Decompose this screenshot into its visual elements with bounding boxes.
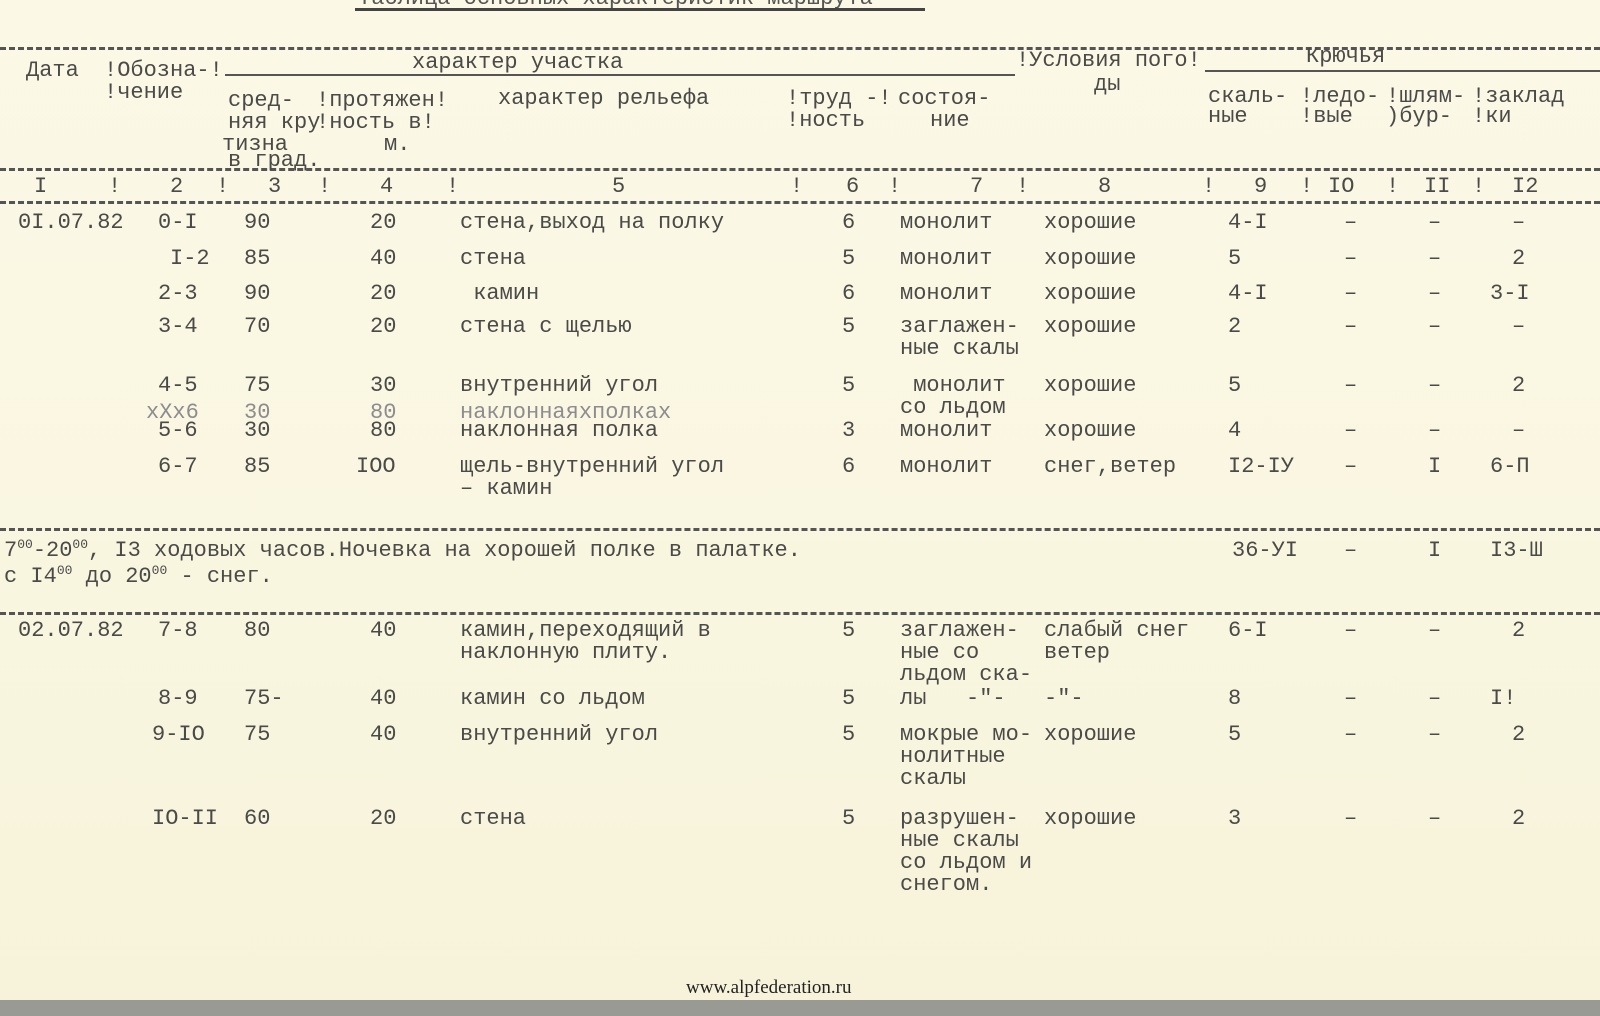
cell-segment: 9-IO [152, 724, 205, 746]
cell-difficulty: 5 [842, 248, 855, 270]
header-length-2: !ность в! [316, 112, 435, 134]
cell-weather: -"- [1044, 688, 1084, 710]
cell-difficulty: 5 [842, 316, 855, 338]
cell-condition: ные скалы [900, 338, 1019, 360]
header-steepness-1: сред- [228, 90, 294, 112]
cell-segment: 8-9 [158, 688, 198, 710]
cell-steepness: 60 [244, 808, 270, 830]
header-steepness-2: няя кру [228, 112, 320, 134]
cell-chocks: 3-I [1490, 283, 1530, 305]
cell-ice-pitons: – [1344, 724, 1357, 746]
typed-document-page: Таблица основных характеристик маршрута … [0, 0, 1600, 1000]
cell-condition: монолит [900, 283, 992, 305]
column-separator: ! [1300, 176, 1313, 198]
cell-bolts: – [1428, 688, 1441, 710]
header-length-3: м. [384, 134, 410, 156]
cell-rock-pitons: 5 [1228, 248, 1241, 270]
cell-condition: монолит [900, 212, 992, 234]
cell-rock-pitons: 4 [1228, 420, 1241, 442]
cell-chocks: 6-П [1490, 456, 1530, 478]
pitons-group-underline [1205, 70, 1600, 72]
header-ice-2: !вые [1300, 106, 1353, 128]
cell-bolts: – [1428, 248, 1441, 270]
cell-relief: стена с щелью [460, 316, 632, 338]
cell-steepness: 85 [244, 248, 270, 270]
cell-bolts: – [1428, 620, 1441, 642]
header-designation-1: !Обозна-! [104, 60, 223, 82]
cell-condition: монолит [900, 456, 992, 478]
cell-steepness: 70 [244, 316, 270, 338]
column-number-8: 8 [1098, 176, 1111, 198]
cell-ice-pitons: – [1344, 688, 1357, 710]
column-separator: ! [108, 176, 121, 198]
cell-steepness: 75 [244, 375, 270, 397]
header-chock-2: !ки [1472, 106, 1512, 128]
cell-condition: заглажен- [900, 620, 1019, 642]
cell-weather: слабый снег [1044, 620, 1189, 642]
cell-condition: монолит [900, 375, 1006, 397]
cell-segment: 0-I [158, 212, 198, 234]
cell-difficulty: 6 [842, 456, 855, 478]
cell-steepness: 80 [244, 620, 270, 642]
cell-chocks: 2 [1512, 808, 1525, 830]
cell-length: 20 [370, 808, 396, 830]
cell-weather: хорошие [1044, 316, 1136, 338]
cell-ice-pitons: – [1344, 316, 1357, 338]
cell-segment: 6-7 [158, 456, 198, 478]
colnum-bottom-rule [0, 201, 1600, 204]
cell-ice-pitons: – [1344, 620, 1357, 642]
day2-top-rule [0, 612, 1600, 615]
column-separator: ! [446, 176, 459, 198]
header-section-group: характер участка [412, 52, 623, 74]
cell-rock-pitons: 4-I [1228, 283, 1268, 305]
day1-summary-line2: с I400 до 2000 - снег. [4, 566, 273, 588]
column-number-3: 3 [268, 176, 281, 198]
cell-length: 40 [370, 248, 396, 270]
cell-bolts: I [1428, 456, 1441, 478]
cell-difficulty: 5 [842, 620, 855, 642]
cell-bolts: – [1428, 283, 1441, 305]
cell-chocks: 2 [1512, 248, 1525, 270]
column-number-11: II [1424, 176, 1450, 198]
column-number-2: 2 [170, 176, 183, 198]
cell-weather: хорошие [1044, 420, 1136, 442]
cell-relief: наклонную плиту. [460, 642, 671, 664]
cell-chocks: – [1512, 316, 1525, 338]
cell-weather: снег,ветер [1044, 456, 1176, 478]
cell-steepness: 90 [244, 283, 270, 305]
cell-rock-pitons: 4-I [1228, 212, 1268, 234]
header-length-1: !протяжен! [316, 90, 448, 112]
cell-date: 02.07.82 [18, 620, 124, 642]
cell-condition: нолитные [900, 746, 1006, 768]
cell-ice-pitons: – [1344, 283, 1357, 305]
cell-bolts: – [1428, 375, 1441, 397]
header-weather-2: ды [1094, 74, 1120, 96]
cell-ice-pitons: – [1344, 420, 1357, 442]
cell-length: 30 [370, 375, 396, 397]
cell-segment: IO-II [152, 808, 218, 830]
header-date: Дата [26, 60, 79, 82]
cell-weather: хорошие [1044, 375, 1136, 397]
cell-ice-pitons: – [1344, 456, 1357, 478]
cell-chocks: 2 [1512, 724, 1525, 746]
struck-length: 80 [370, 402, 396, 424]
cell-weather: хорошие [1044, 212, 1136, 234]
header-difficulty-1: !труд -! [786, 88, 892, 110]
cell-condition: со льдом [900, 397, 1006, 419]
cell-difficulty: 6 [842, 283, 855, 305]
column-number-7: 7 [970, 176, 983, 198]
cell-condition: лы -"- [900, 688, 1006, 710]
cell-steepness: 85 [244, 456, 270, 478]
cell-steepness: 75- [244, 688, 284, 710]
day1-total-ice: – [1344, 540, 1357, 562]
column-separator: ! [216, 176, 229, 198]
cell-bolts: – [1428, 724, 1441, 746]
column-separator: ! [790, 176, 803, 198]
cell-rock-pitons: 5 [1228, 724, 1241, 746]
title-underline [355, 8, 925, 11]
cell-weather: хорошие [1044, 248, 1136, 270]
cell-relief: камин,переходящий в [460, 620, 711, 642]
cell-difficulty: 5 [842, 375, 855, 397]
cell-length: 20 [370, 316, 396, 338]
scan-bottom-edge [0, 1000, 1600, 1016]
cell-relief: камин [460, 283, 539, 305]
cell-rock-pitons: 2 [1228, 316, 1241, 338]
cell-condition: монолит [900, 420, 992, 442]
column-number-1: I [34, 176, 47, 198]
cell-bolts: – [1428, 420, 1441, 442]
cell-difficulty: 5 [842, 688, 855, 710]
column-separator: ! [318, 176, 331, 198]
cell-condition: разрушен- [900, 808, 1019, 830]
cell-relief: стена,выход на полку [460, 212, 724, 234]
cell-relief: щель-внутренний угол [460, 456, 724, 478]
cell-relief: внутренний угол [460, 724, 658, 746]
cell-chocks: 2 [1512, 620, 1525, 642]
cell-length: 40 [370, 688, 396, 710]
cell-relief: стена [460, 808, 526, 830]
header-condition-2: ние [930, 110, 970, 132]
cell-segment: I-2 [170, 248, 210, 270]
column-number-6: 6 [846, 176, 859, 198]
cell-condition: ные со [900, 642, 979, 664]
cell-ice-pitons: – [1344, 248, 1357, 270]
column-number-9: 9 [1254, 176, 1267, 198]
header-relief: характер рельефа [498, 88, 709, 110]
column-number-5: 5 [612, 176, 625, 198]
day1-total-chock: I3-Ш [1490, 540, 1543, 562]
cell-length: 40 [370, 724, 396, 746]
cell-condition: мокрые мо- [900, 724, 1032, 746]
cell-segment: 4-5 [158, 375, 198, 397]
cell-rock-pitons: 5 [1228, 375, 1241, 397]
cell-relief: стена [460, 248, 526, 270]
header-bolt-2: )бур- [1386, 106, 1452, 128]
cell-length: IOO [356, 456, 396, 478]
header-rock-2: ные [1208, 106, 1248, 128]
header-designation-2: !чение [104, 82, 183, 104]
column-separator: ! [1016, 176, 1029, 198]
cell-steepness: 90 [244, 212, 270, 234]
cell-chocks: 2 [1512, 375, 1525, 397]
cell-condition: со льдом и [900, 852, 1032, 874]
header-condition-1: состоя- [898, 88, 990, 110]
cell-ice-pitons: – [1344, 212, 1357, 234]
column-separator: ! [1386, 176, 1399, 198]
column-separator: ! [888, 176, 901, 198]
cell-weather: хорошие [1044, 283, 1136, 305]
cell-weather: хорошие [1044, 724, 1136, 746]
column-number-10: IO [1328, 176, 1354, 198]
header-difficulty-2: !ность [786, 110, 865, 132]
struck-steepness: 30 [244, 402, 270, 424]
cell-condition: скалы [900, 768, 966, 790]
column-separator: ! [1202, 176, 1215, 198]
cell-relief: камин со льдом [460, 688, 645, 710]
cell-weather: ветер [1044, 642, 1110, 664]
cell-steepness: 75 [244, 724, 270, 746]
cell-difficulty: 3 [842, 420, 855, 442]
cell-relief: – камин [460, 478, 552, 500]
cell-bolts: – [1428, 212, 1441, 234]
cell-weather: хорошие [1044, 808, 1136, 830]
struck-segment: xXx6 [146, 402, 199, 424]
day1-summary-line1: 700-2000, I3 ходовых часов.Ночевка на хо… [4, 540, 801, 562]
cell-condition: льдом ска- [900, 664, 1032, 686]
cell-bolts: – [1428, 316, 1441, 338]
cell-ice-pitons: – [1344, 375, 1357, 397]
cell-bolts: – [1428, 808, 1441, 830]
cell-relief: внутренний угол [460, 375, 658, 397]
column-number-4: 4 [380, 176, 393, 198]
cell-ice-pitons: – [1344, 808, 1357, 830]
cell-difficulty: 5 [842, 724, 855, 746]
cell-rock-pitons: 3 [1228, 808, 1241, 830]
cell-condition: ные скалы [900, 830, 1019, 852]
watermark: www.alpfederation.ru [686, 977, 851, 999]
cell-rock-pitons: I2-IУ [1228, 456, 1294, 478]
cell-condition: заглажен- [900, 316, 1019, 338]
cell-segment: 3-4 [158, 316, 198, 338]
cell-condition: монолит [900, 248, 992, 270]
cell-chocks: I! [1490, 688, 1516, 710]
cell-difficulty: 5 [842, 808, 855, 830]
header-weather-1: !Условия пого! [1016, 50, 1201, 72]
column-separator: ! [1472, 176, 1485, 198]
cell-segment: 7-8 [158, 620, 198, 642]
header-steepness-4: в град. [228, 150, 320, 172]
cell-condition: снегом. [900, 874, 992, 896]
cell-length: 20 [370, 212, 396, 234]
header-pitons-group: Крючья [1306, 46, 1385, 68]
cell-rock-pitons: 6-I [1228, 620, 1268, 642]
day1-summary-top-rule [0, 528, 1600, 531]
cell-segment: 2-3 [158, 283, 198, 305]
cell-chocks: – [1512, 420, 1525, 442]
struck-relief: наклоннаяхполках [460, 402, 671, 424]
cell-date: 0I.07.82 [18, 212, 124, 234]
column-number-12: I2 [1512, 176, 1538, 198]
cell-length: 40 [370, 620, 396, 642]
cell-rock-pitons: 8 [1228, 688, 1241, 710]
cell-difficulty: 6 [842, 212, 855, 234]
day1-total-rock: 36-УI [1232, 540, 1298, 562]
day1-total-bolt: I [1428, 540, 1441, 562]
cell-length: 20 [370, 283, 396, 305]
cell-chocks: – [1512, 212, 1525, 234]
